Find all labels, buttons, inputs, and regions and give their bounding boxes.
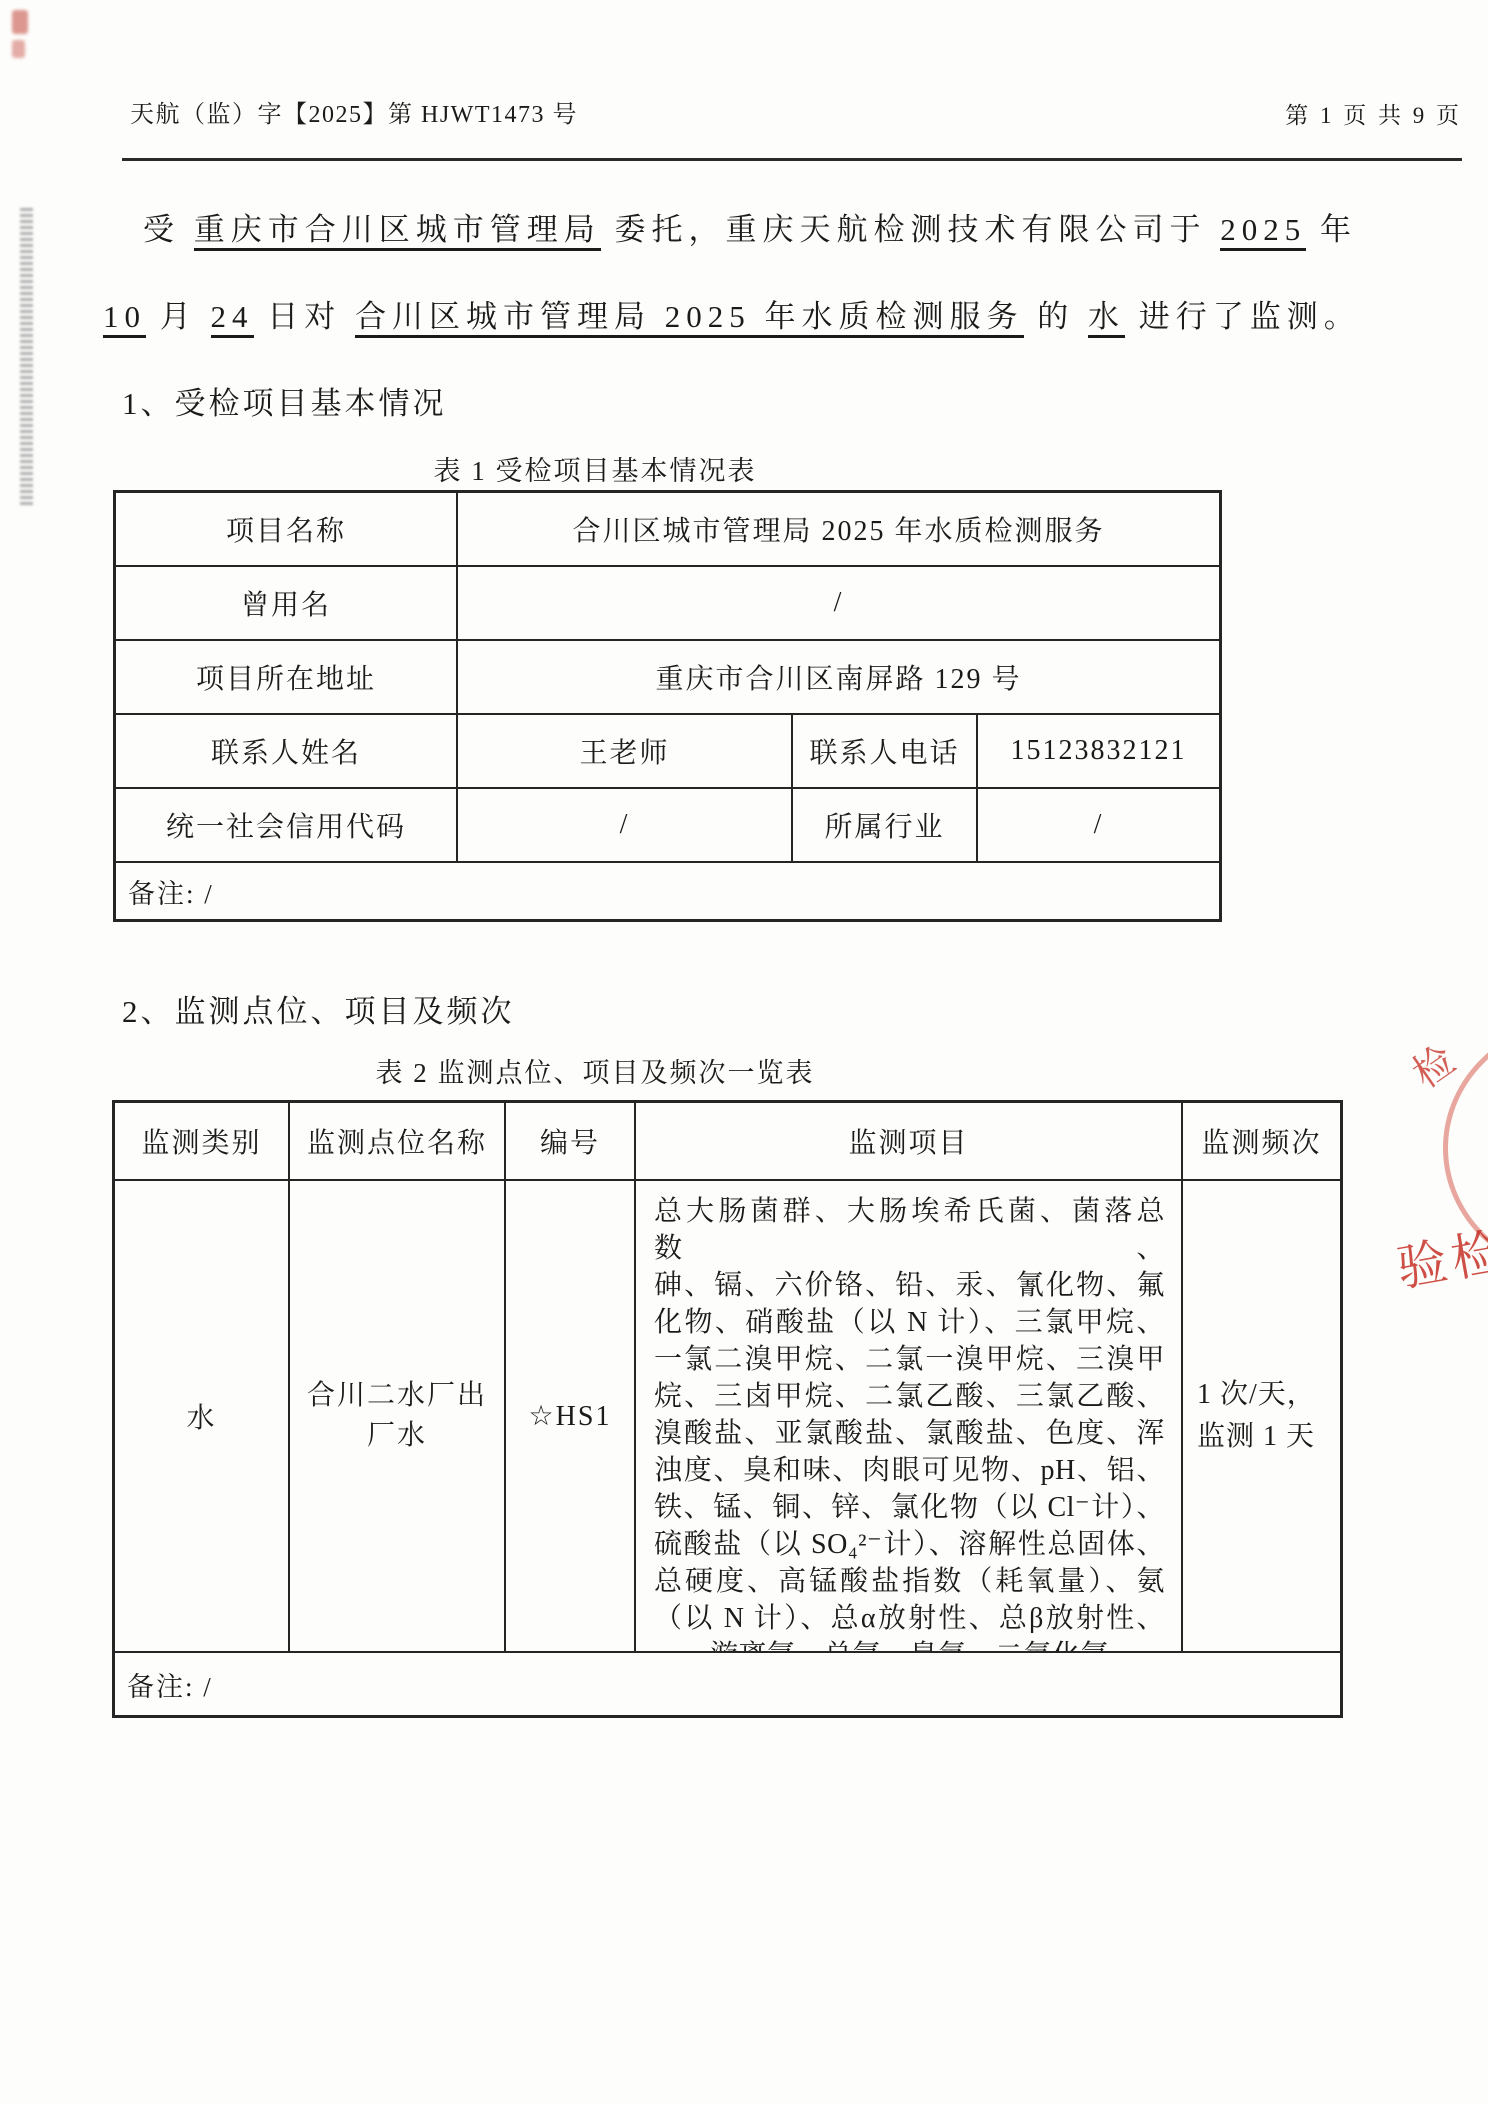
- table1-value-address: 重庆市合川区南屏路 129 号: [458, 641, 1219, 713]
- monitoring-items-line: 硫酸盐（以 SO₄²⁻计）、溶解性总固体、: [654, 1526, 1165, 1563]
- header-rule: [122, 158, 1462, 161]
- intro-text: 年: [1306, 212, 1357, 247]
- table2-remark-row: 备注: /: [115, 1653, 1340, 1715]
- table1-remark: 备注: /: [116, 872, 214, 911]
- intro-paragraph-line-2: 10 月 24 日对 合川区城市管理局 2025 年水质检测服务 的 水 进行了…: [103, 291, 1361, 336]
- table-row: 项目所在地址 重庆市合川区南屏路 129 号: [116, 641, 1219, 715]
- red-scan-mark: [12, 40, 25, 58]
- table-row: 曾用名 /: [116, 567, 1219, 641]
- section-2-heading: 2、监测点位、项目及频次: [122, 986, 515, 1031]
- table1-label-address: 项目所在地址: [116, 641, 458, 713]
- table2-cell-items: 总大肠菌群、大肠埃希氏菌、菌落总数、 砷、镉、六价铬、铅、汞、氰化物、氟 化物、…: [636, 1181, 1183, 1651]
- monitoring-items-line: 化物、硝酸盐（以 N 计）、三氯甲烷、: [654, 1304, 1165, 1341]
- table2-header-frequency: 监测频次: [1183, 1103, 1340, 1179]
- monitoring-items-line: 溴酸盐、亚氯酸盐、氯酸盐、色度、浑: [654, 1415, 1165, 1452]
- monitoring-items-line: （以 N 计）、总α放射性、总β放射性、: [654, 1600, 1165, 1637]
- site-name-line: 合川二水厂出: [307, 1376, 487, 1416]
- intro-text: 的: [1024, 299, 1089, 334]
- table-1-caption: 表 1 受检项目基本情况表: [0, 449, 1190, 488]
- frequency-line: 1 次/天，: [1197, 1374, 1316, 1416]
- red-seal-text-fragment: 验检: [1391, 1211, 1488, 1301]
- table-row: 项目名称 合川区城市管理局 2025 年水质检测服务: [116, 493, 1219, 567]
- intro-text: 委托，重庆天航检测技术有限公司于: [601, 212, 1221, 247]
- table2-header-site: 监测点位名称: [290, 1103, 506, 1179]
- intro-text: 受: [143, 212, 194, 247]
- client-name-underlined: 重庆市合川区城市管理局: [194, 212, 601, 251]
- monitoring-items-line: 浊度、臭和味、肉眼可见物、pH、铝、: [654, 1452, 1165, 1489]
- month-underlined: 10: [103, 299, 146, 338]
- table2-header-row: 监测类别 监测点位名称 编号 监测项目 监测频次: [115, 1103, 1340, 1181]
- table2-cell-category: 水: [115, 1181, 290, 1651]
- scanned-report-page: 天航（监）字【2025】第 HJWT1473 号 第 1 页 共 9 页 受 重…: [0, 0, 1488, 2105]
- sample-type-underlined: 水: [1088, 299, 1125, 338]
- table1-value-project-name: 合川区城市管理局 2025 年水质检测服务: [458, 493, 1219, 565]
- frequency-line: 监测 1 天: [1197, 1416, 1315, 1458]
- table1-value-former-name: /: [458, 567, 1219, 639]
- table-row: 联系人姓名 王老师 联系人电话 15123832121: [116, 715, 1219, 789]
- table1-value-industry: /: [978, 789, 1219, 861]
- table1-label-project-name: 项目名称: [116, 493, 458, 565]
- monitoring-items-line: 总硬度、高锰酸盐指数（耗氧量）、氨: [654, 1563, 1165, 1600]
- table2-data-row: 水 合川二水厂出 厂水 ☆HS1 总大肠菌群、大肠埃希氏菌、菌落总数、 砷、镉、…: [115, 1181, 1340, 1653]
- table-row: 统一社会信用代码 / 所属行业 /: [116, 789, 1219, 863]
- table2-header-category: 监测类别: [115, 1103, 290, 1179]
- table-1-project-info: 项目名称 合川区城市管理局 2025 年水质检测服务 曾用名 / 项目所在地址 …: [113, 490, 1222, 922]
- table1-value-contact-name: 王老师: [458, 715, 793, 787]
- table1-value-credit-code: /: [458, 789, 793, 861]
- red-seal-text-fragment: 检: [1399, 1030, 1464, 1100]
- table1-label-contact-phone: 联系人电话: [793, 715, 978, 787]
- table-2-caption: 表 2 监测点位、项目及频次一览表: [0, 1051, 1190, 1090]
- red-scan-mark: [12, 10, 28, 34]
- table1-label-credit-code: 统一社会信用代码: [116, 789, 458, 861]
- table2-cell-site: 合川二水厂出 厂水: [290, 1181, 506, 1651]
- intro-text: 月: [146, 299, 211, 334]
- table1-value-contact-phone: 15123832121: [978, 715, 1219, 787]
- site-name-line: 厂水: [367, 1416, 427, 1456]
- monitoring-items-line: 总大肠菌群、大肠埃希氏菌、菌落总数、: [654, 1193, 1165, 1267]
- monitoring-items-line: 铁、锰、铜、锌、氯化物（以 Cl⁻计）、: [654, 1489, 1165, 1526]
- intro-text: 进行了监测。: [1125, 299, 1361, 334]
- intro-text: 日对: [254, 299, 356, 334]
- table1-label-industry: 所属行业: [793, 789, 978, 861]
- monitoring-items-line: 一氯二溴甲烷、二氯一溴甲烷、三溴甲: [654, 1341, 1165, 1378]
- section-1-heading: 1、受检项目基本情况: [122, 378, 447, 423]
- monitoring-items-line: 砷、镉、六价铬、铅、汞、氰化物、氟: [654, 1267, 1165, 1304]
- year-underlined: 2025: [1220, 212, 1306, 251]
- table1-label-contact-name: 联系人姓名: [116, 715, 458, 787]
- table2-remark: 备注: /: [115, 1665, 213, 1704]
- table-2-monitoring-plan: 监测类别 监测点位名称 编号 监测项目 监测频次 水 合川二水厂出 厂水 ☆HS…: [112, 1100, 1343, 1718]
- table2-cell-code: ☆HS1: [506, 1181, 636, 1651]
- document-number: 天航（监）字【2025】第 HJWT1473 号: [130, 94, 578, 129]
- project-name-underlined: 合川区城市管理局 2025 年水质检测服务: [355, 299, 1024, 338]
- intro-paragraph-line-1: 受 重庆市合川区城市管理局 委托，重庆天航检测技术有限公司于 2025 年: [143, 204, 1357, 249]
- table1-label-former-name: 曾用名: [116, 567, 458, 639]
- monitoring-items-line: 烷、三卤甲烷、二氯乙酸、三氯乙酸、: [654, 1378, 1165, 1415]
- table2-header-code: 编号: [506, 1103, 636, 1179]
- monitoring-items-line: 游离氯、总氯、臭氧、二氧化氯: [654, 1637, 1165, 1651]
- table1-remark-row: 备注: /: [116, 863, 1219, 919]
- page-number-indicator: 第 1 页 共 9 页: [1285, 97, 1462, 130]
- table2-header-items: 监测项目: [636, 1103, 1183, 1179]
- day-underlined: 24: [211, 299, 254, 338]
- table2-cell-frequency: 1 次/天， 监测 1 天: [1183, 1181, 1340, 1651]
